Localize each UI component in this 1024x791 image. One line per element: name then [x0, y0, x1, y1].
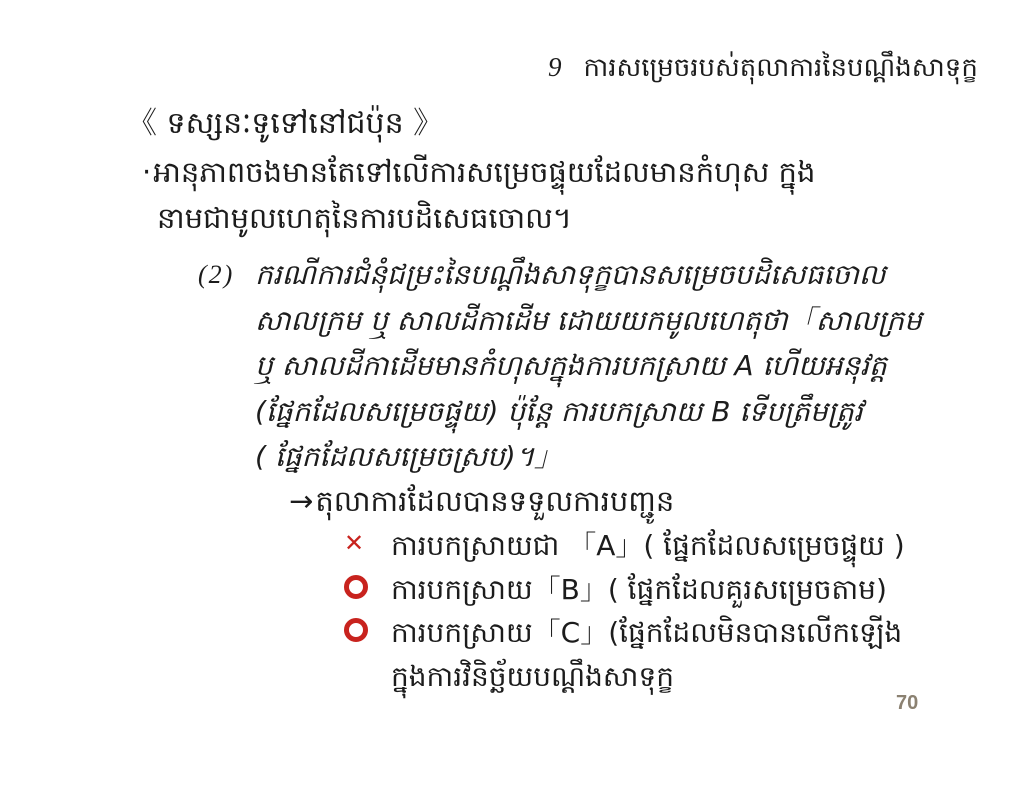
overview-line-2: នាមជាមូលហេតុនៃការបដិសេធចោល។ — [142, 195, 815, 241]
circle-icon — [344, 618, 368, 642]
bullet-dot-icon: · — [142, 155, 151, 189]
section-number: 9 — [548, 52, 562, 82]
case-line-4: (ផ្នែកដែលសម្រេចផ្ទុយ) ប៉ុន្តែ ការបកស្រាយ… — [255, 389, 922, 435]
list-item: ✕ ការបកស្រាយជា 「A」( ផ្នែកដែលសម្រេចផ្ទុយ … — [344, 524, 905, 568]
cross-icon: ✕ — [344, 531, 364, 555]
page-number: 70 — [896, 692, 918, 715]
case-line-5: ( ផ្នែកដែលសម្រេចស្រប)។」 — [255, 434, 922, 480]
marker-cell: ✕ — [344, 524, 391, 555]
marker-cell — [344, 611, 391, 642]
case-line-2: សាលក្រម ឬ សាលដីកាដើម ដោយយកមូលហេតុថា「សាលក… — [255, 298, 922, 344]
topic-heading: 《 ទស្សនៈទូទៅនៅជប៉ុន 》 — [127, 102, 443, 146]
case-text: ករណីការជំនុំជម្រះនៃបណ្ដឹងសាទុក្ខបានសម្រេ… — [255, 252, 922, 480]
case-block: (2) ករណីការជំនុំជម្រះនៃបណ្ដឹងសាទុក្ខបានស… — [198, 252, 922, 480]
case-line-1: ករណីការជំនុំជម្រះនៃបណ្ដឹងសាទុក្ខបានសម្រេ… — [255, 252, 922, 298]
overview-paragraph: ·អានុភាពចងមានតែទៅលើការសម្រេចផ្ទុយដែលមានក… — [142, 149, 815, 241]
item-text: ការបកស្រាយ「B」( ផ្នែកដែលគួរសម្រេចតាម) — [391, 568, 887, 612]
item-text-line-1: ការបកស្រាយ「C」(ផ្នែកដែលមិនបានលើកឡើង — [391, 611, 902, 655]
list-item: ការបកស្រាយ「C」(ផ្នែកដែលមិនបានលើកឡើង ក្នុង… — [344, 611, 905, 698]
circle-icon — [344, 575, 368, 599]
slide-page: 9ការសម្រេចរបស់តុលាការនៃបណ្ដឹងសាទុក្ខ 《 ទ… — [0, 0, 1024, 791]
interpretation-list: ✕ ការបកស្រាយជា 「A」( ផ្នែកដែលសម្រេចផ្ទុយ … — [344, 524, 905, 698]
item-text: ការបកស្រាយជា 「A」( ផ្នែកដែលសម្រេចផ្ទុយ ) — [391, 524, 905, 568]
item-text: ការបកស្រាយ「C」(ផ្នែកដែលមិនបានលើកឡើង ក្នុង… — [391, 611, 902, 698]
arrow-right-icon: → — [289, 484, 313, 518]
list-item: ការបកស្រាយ「B」( ផ្នែកដែលគួរសម្រេចតាម) — [344, 568, 905, 612]
page-title: ការសម្រេចរបស់តុលាការនៃបណ្ដឹងសាទុក្ខ — [584, 53, 978, 83]
item-text-line-2: ក្នុងការវិនិច្ឆ័យបណ្ដឹងសាទុក្ខ — [391, 655, 902, 699]
case-line-3: ឬ សាលដីកាដើមមានកំហុសក្នុងការបកស្រាយ A ហើ… — [255, 343, 922, 389]
overview-line-1: ·អានុភាពចងមានតែទៅលើការសម្រេចផ្ទុយដែលមានក… — [142, 149, 815, 195]
page-header: 9ការសម្រេចរបស់តុលាការនៃបណ្ដឹងសាទុក្ខ — [548, 46, 978, 89]
overview-text-1: អានុភាពចងមានតែទៅលើការសម្រេចផ្ទុយដែលមានកំ… — [153, 155, 815, 189]
conclusion-line: →តុលាការដែលបានទទួលការបញ្ជូន — [289, 479, 674, 523]
conclusion-text: តុលាការដែលបានទទួលការបញ្ជូន — [315, 484, 674, 518]
marker-cell — [344, 568, 391, 599]
case-number: (2) — [198, 252, 255, 298]
